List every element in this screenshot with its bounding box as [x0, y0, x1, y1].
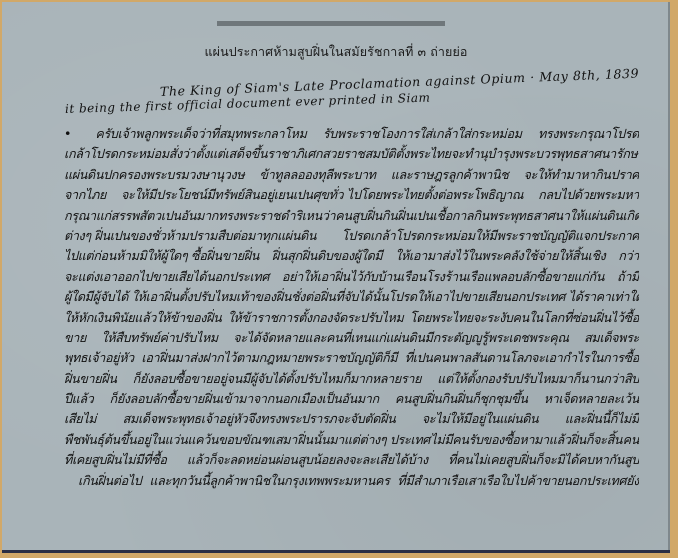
- header-bar: [217, 21, 445, 26]
- text-segment: ก็ยังลอบลักซื้อขายฝิ่นเข้ามาจากนอกเมืองเ…: [110, 389, 379, 409]
- text-segment: ข้าทูลลอองทุลีพระบาท: [259, 165, 375, 185]
- text-segment: ฝิ่นขายฝิ่น: [64, 369, 117, 389]
- text-line: เกล้าโปรดกระหม่อมสั่งว่าตั้งแต่เสด็จขึ้น…: [64, 144, 639, 164]
- text-segment: ไปแต่ก่อนห้ามมิให้ผู้ใดๆ ซื้อฝิ่นขายฝิ่น: [64, 246, 259, 266]
- text-line: ปีแล้วก็ยังลอบลักซื้อขายฝิ่นเข้ามาจากนอก…: [64, 389, 639, 409]
- text-segment: จะได้จัดหลายและคนที่เหนแก่แผ่นดินมีกระตั…: [233, 328, 568, 348]
- bullet-icon: •: [64, 124, 71, 144]
- text-segment: ที่คนไม่เคยสูบฝิ่นก็จะมิได้คบหากันสูบ: [448, 450, 639, 470]
- text-segment: ตั้งพระไทยจะทำนุบำรุงพระบวรพุทธสาศนารักษ…: [395, 144, 639, 164]
- text-line: ให้หักเงินพินัยแล้วให้ข้าของฝิ่นให้ข้ารา…: [64, 308, 639, 328]
- text-line: •ครับเจ้าพลูกพระเด็จว่าที่สมุทพระกลาโหมร…: [64, 124, 639, 144]
- text-segment: พืชพันธุ์ต้นขึ้นอยู่ในแว่นแคว้นขอบขัณฑเส…: [64, 430, 297, 450]
- text-segment: แต่ให้ตั้งกองรับปรับไหมมาก็นานกว่าสิบ: [437, 369, 639, 389]
- text-segment: แล้วก็จะลดหย่อนผ่อนสูบน้อยลงจะละเสียได้บ…: [187, 450, 428, 470]
- text-segment: ฝิ่นนั้นมาแต่ต่างๆ ประเทศ: [297, 430, 430, 450]
- text-line: เกินฝิ่นต่อไปและทุกวันนี้ลูกค้าพานิชในกร…: [64, 471, 639, 491]
- text-segment: เอาฝิ่นมาส่งฝากไว้ตามกฎหมายพระราชบัญญัติ…: [141, 348, 397, 368]
- text-line: แผ่นดินปกครองพระบรมวงษานุวงษข้าทูลลอองทุ…: [64, 165, 639, 185]
- text-segment: พุทธเจ้าอยู่หัว: [64, 348, 134, 368]
- text-segment: สมเด็จพระพุทธเจ้าอยู่หัวจึงทรงพระปรารภจะ…: [123, 409, 396, 429]
- bottom-rule: [2, 550, 670, 553]
- text-line: เสียไม่สมเด็จพระพุทธเจ้าอยู่หัวจึงทรงพระ…: [64, 409, 639, 429]
- text-line: ผู้ใดมีผู้จับได้ ให้เอาฝิ่นตั้งปรับไหมเท…: [64, 287, 639, 307]
- text-line: พุทธเจ้าอยู่หัวเอาฝิ่นมาส่งฝากไว้ตามกฎหม…: [64, 348, 639, 368]
- text-line: จะแต่งเอาออกไปขายเสียได้นอกประเทศอย่าให้…: [64, 267, 639, 287]
- text-segment: คนสูบฝิ่นกินฝิ่นก็ชุกชุมขึ้น: [395, 389, 528, 409]
- text-segment: ฝิ่นที่จับได้นั้นโปรดให้เอาไปขายเสียนอกป…: [320, 287, 639, 307]
- text-segment: คน: [623, 430, 639, 450]
- text-segment: ปีแล้ว: [64, 389, 94, 409]
- text-segment: ที่มีสำเภาเรือเสาเรือใบไปค้าขายนอกประเทศ…: [397, 471, 639, 491]
- text-segment: ผู้ใดมีผู้จับได้ ให้เอาฝิ่นตั้งปรับไหมเท…: [64, 287, 320, 307]
- text-segment: กลบไปด้วยพระมหา: [538, 185, 639, 205]
- text-segment: จากไภย: [64, 185, 106, 205]
- text-line: พืชพันธุ์ต้นขึ้นอยู่ในแว่นแคว้นขอบขัณฑเส…: [64, 430, 639, 450]
- text-segment: ทรงพระราชดำริเหนว่าคนสูบฝิ่นกินฝิ่นเปนเช…: [218, 206, 533, 226]
- text-line: ไปแต่ก่อนห้ามมิให้ผู้ใดๆ ซื้อฝิ่นขายฝิ่น…: [64, 246, 639, 266]
- text-segment: จะไม่ให้มีอยู่ในแผ่นดิน: [422, 409, 539, 429]
- text-segment: เกล้าโปรดกระหม่อมสั่งว่า: [64, 144, 195, 164]
- text-segment: ก็ยังลอบซื้อขายอยู่จนมีผู้จับได้ตั้งปรับ…: [133, 369, 421, 389]
- text-segment: ตั้งแต่เสด็จขึ้นราชาภิเศกสวยราชสมบัติ: [195, 144, 395, 164]
- text-segment: อย่าให้เอาฝิ่นไว้กับบ้านเรือนโรงร้านเรือ…: [282, 267, 604, 287]
- text-segment: โปรดเกล้าโปรดกระหม่อมให้มีพระราชบัญญัติแ…: [342, 226, 639, 246]
- text-segment: ที่เปนคนพาลสันดานโลภจะเอากำไรในการซื้อ: [405, 348, 639, 368]
- text-segment: และฝิ่นนี้ก็ไม่มี: [565, 409, 639, 429]
- text-segment: ฝิ่นสุกฝิ่นดิบของผู้ใดมี: [272, 246, 383, 266]
- text-line: จากไภยจะให้มีประโยชน์มีทรัพย์สินอยู่เยนเ…: [64, 185, 639, 205]
- text-segment: ให้สืบทรัพย์ค่าปรับไหม: [101, 328, 217, 348]
- text-segment: เสียไม่: [64, 409, 96, 429]
- text-line: ต่างๆ ฝิ่นเปนของชั่วห้ามปรามสืบต่อมาทุกแ…: [64, 226, 639, 246]
- text-line: กรุณาแก่สรรพสัตวเปนอันมากทรงพระราชดำริเห…: [64, 206, 639, 226]
- text-segment: ให้เอามาส่งไว้ในพระคลังใช้จ่ายให้สิ้นเชิ…: [395, 246, 605, 266]
- text-segment: กรุณาแก่สรรพสัตวเปนอันมาก: [64, 206, 218, 226]
- text-segment: เกินฝิ่นต่อไป: [78, 471, 141, 491]
- text-line: ที่เคยสูบฝิ่นไม่มีที่ซื้อแล้วก็จะลดหย่อน…: [64, 450, 639, 470]
- text-segment: โดยพระไทยจะระงับคนในโลกที่ซ่อนฝิ่นไว้ซื้…: [410, 308, 639, 328]
- text-segment: ให้ข้าราชการตั้งกองจัดระปรับไหม: [228, 308, 404, 328]
- text-segment: จะให้ทำมาหากินปราศ: [523, 165, 639, 185]
- text-segment: สมเด็จพระ: [584, 328, 639, 348]
- text-segment: รับพระราชโองการใส่เกล้าใส่กระหม่อม: [323, 124, 522, 144]
- text-segment: หาเจ็ดหลายละเว้น: [544, 389, 639, 409]
- text-segment: ทรงพระกรุณาโปรด: [538, 124, 639, 144]
- text-segment: จะให้มีประโยชน์มีทรัพย์สินอยู่เยนเปนศุขท…: [121, 185, 523, 205]
- text-segment: สาศนาให้แผ่นดินเกิดรุสา: [533, 206, 639, 226]
- text-segment: แผ่นดินปกครองพระบรมวงษานุวงษ: [64, 165, 244, 185]
- text-segment: และราษฎรลูกค้าพานิช: [391, 165, 509, 185]
- text-segment: ถ้ามี: [617, 267, 639, 287]
- text-line: ขายให้สืบทรัพย์ค่าปรับไหมจะได้จัดหลายและ…: [64, 328, 639, 348]
- text-segment: กว่า: [618, 246, 639, 266]
- text-segment: จะแต่งเอาออกไปขายเสียได้นอกประเทศ: [64, 267, 269, 287]
- text-segment: และทุกวันนี้ลูกค้าพานิชในกรุงเทพพระมหานค…: [149, 471, 389, 491]
- text-segment: ต่างๆ ฝิ่นเปนของชั่วห้ามปรามสืบต่อมาทุกแ…: [64, 226, 316, 246]
- text-segment: ขาย: [64, 328, 86, 348]
- text-segment: ให้หักเงินพินัยแล้วให้ข้าของฝิ่น: [64, 308, 221, 328]
- text-segment: ที่เคยสูบฝิ่นไม่มีที่ซื้อ: [64, 450, 167, 470]
- document-page: แผ่นประกาศห้ามสูบฝิ่นในสมัยรัชกาลที่ ๓ ถ…: [2, 2, 670, 553]
- text-line: ฝิ่นขายฝิ่นก็ยังลอบซื้อขายอยู่จนมีผู้จับ…: [64, 369, 639, 389]
- proclamation-body: •ครับเจ้าพลูกพระเด็จว่าที่สมุทพระกลาโหมร…: [64, 124, 639, 491]
- text-segment: ไม่มีคนรับของซื้อหามาแล้วฝิ่นก็จะสิ้น: [430, 430, 622, 450]
- document-title: แผ่นประกาศห้ามสูบฝิ่นในสมัยรัชกาลที่ ๓ ถ…: [2, 42, 670, 62]
- text-segment: ครับเจ้าพลูกพระเด็จว่าที่สมุทพระกลาโหม: [95, 124, 306, 144]
